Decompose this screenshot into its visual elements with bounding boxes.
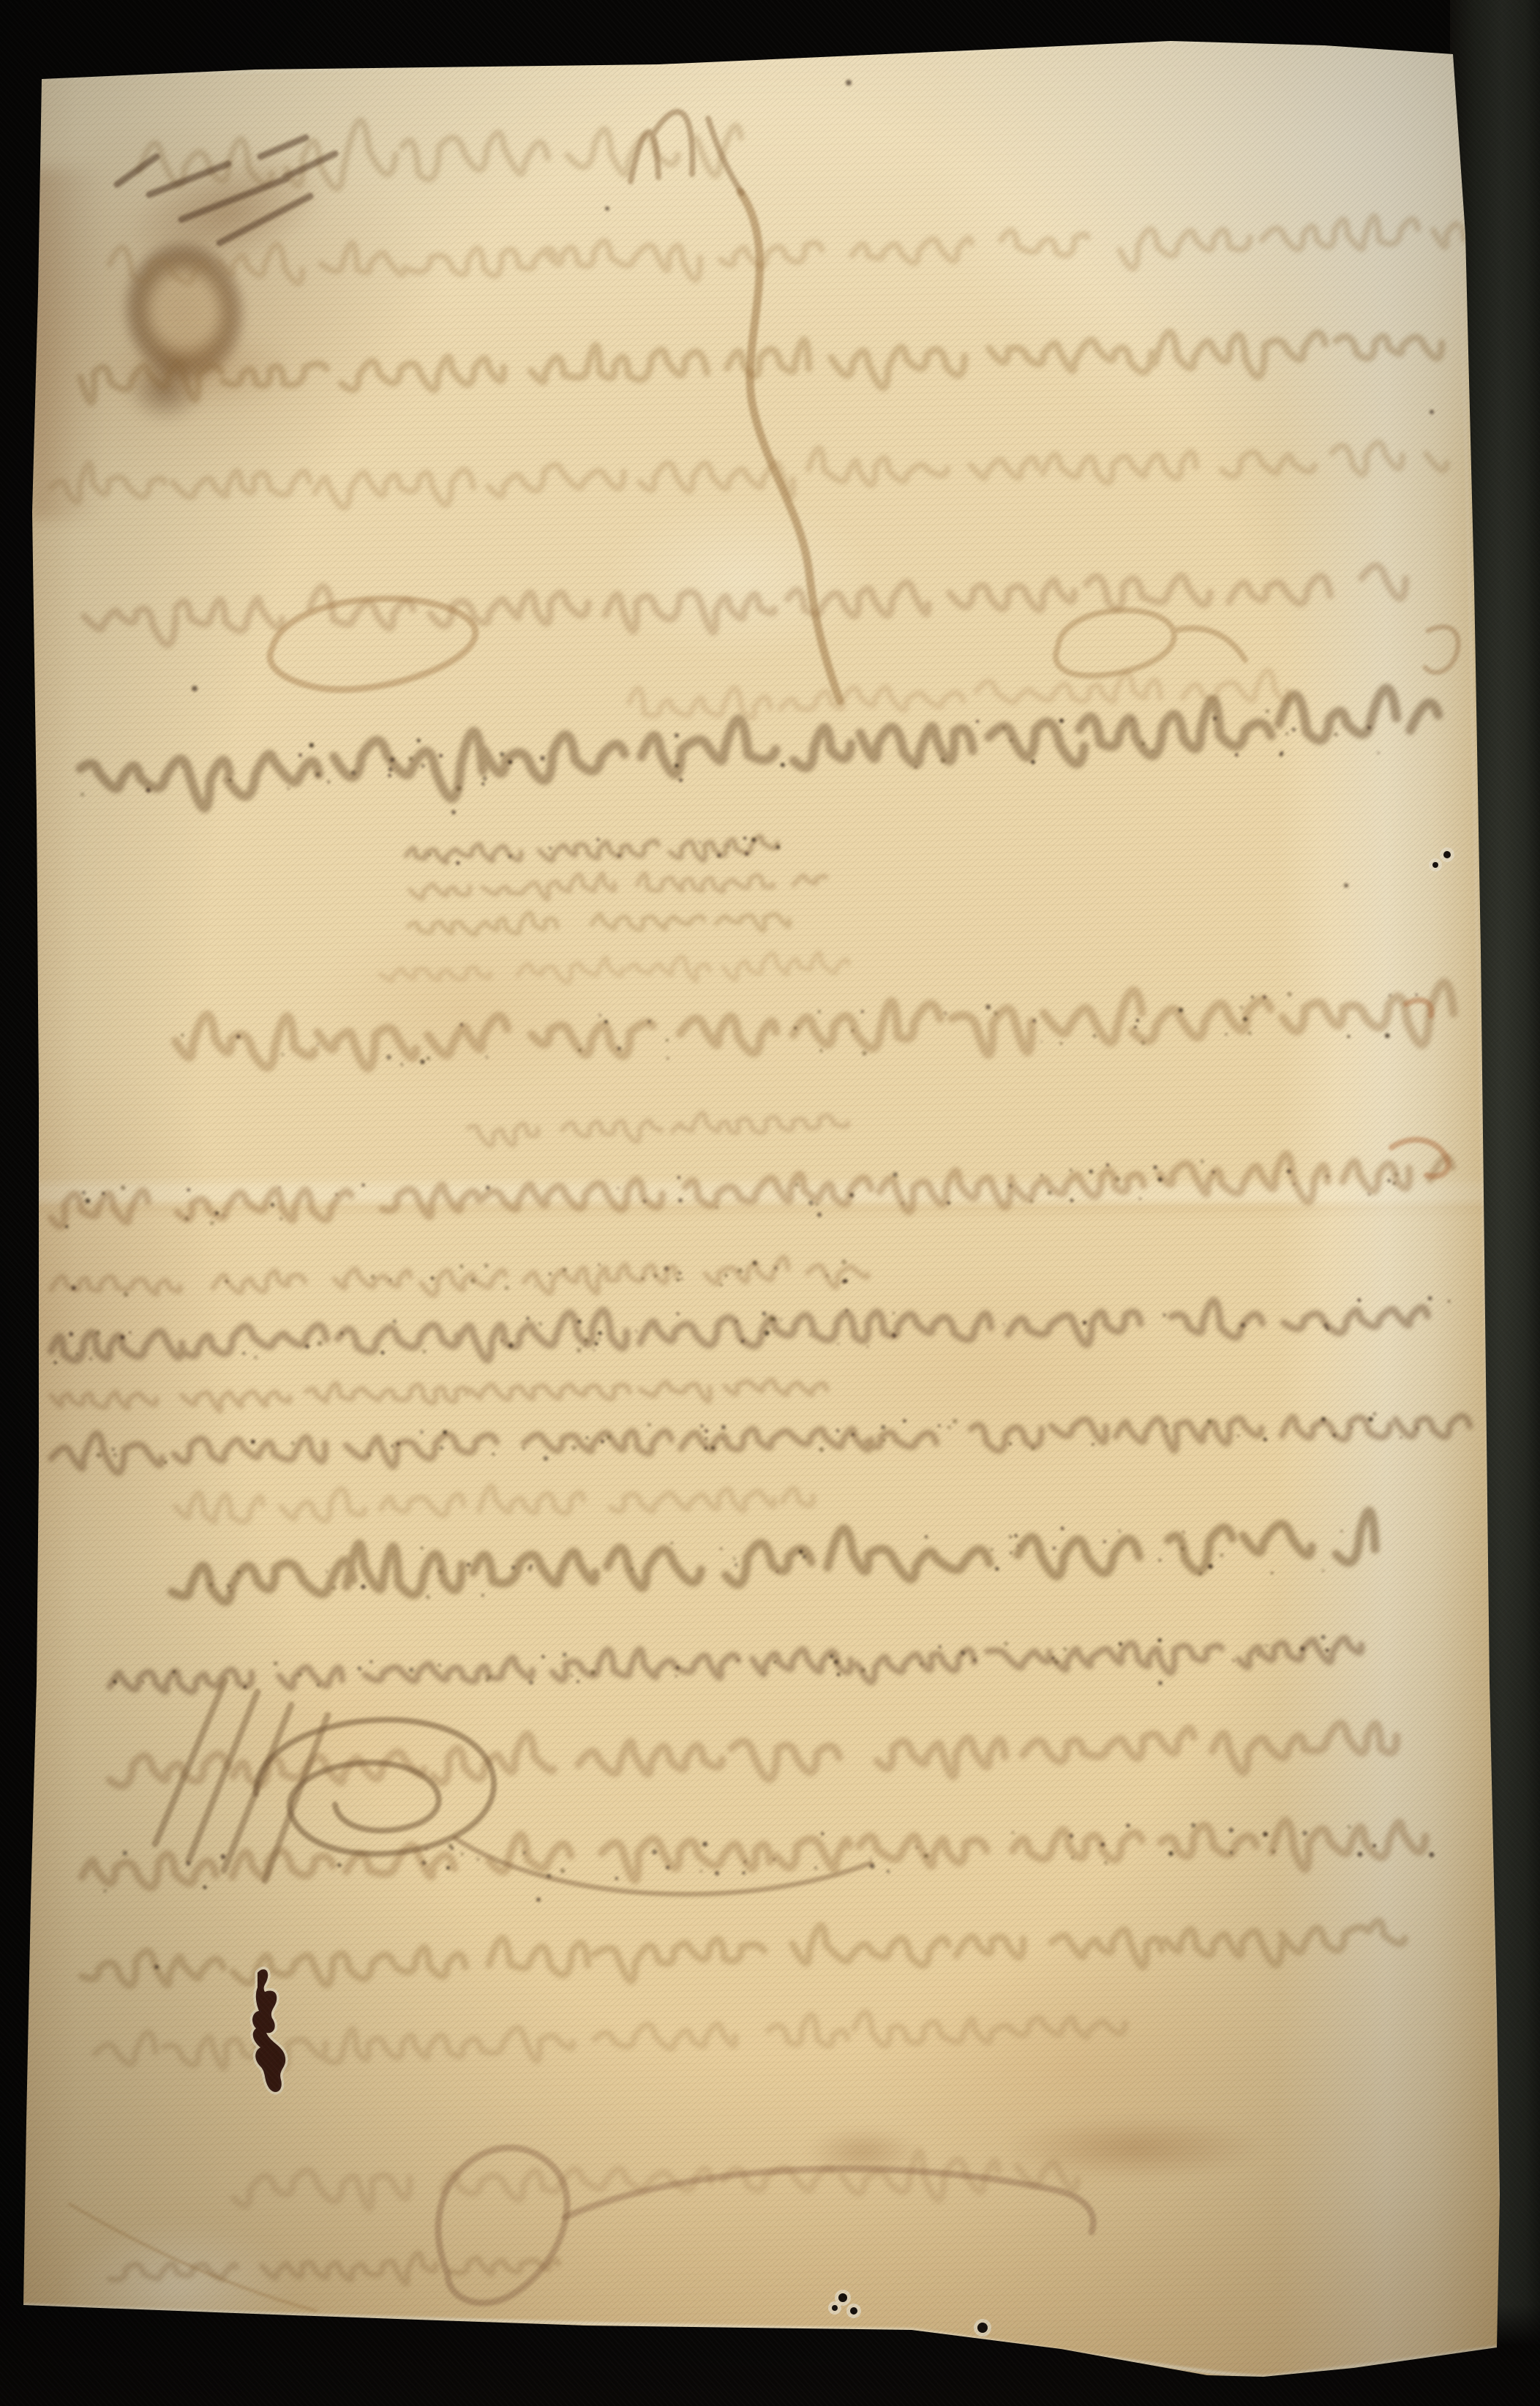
paper-sheet [0, 0, 1540, 2406]
handwriting-layer [0, 0, 1540, 2406]
paper-edge-highlights [23, 42, 1500, 2377]
worm-holes [828, 847, 1454, 2336]
ink-blot [252, 1969, 285, 2092]
handwriting-flourishes [70, 112, 1458, 2311]
manuscript-photo [0, 0, 1540, 2406]
